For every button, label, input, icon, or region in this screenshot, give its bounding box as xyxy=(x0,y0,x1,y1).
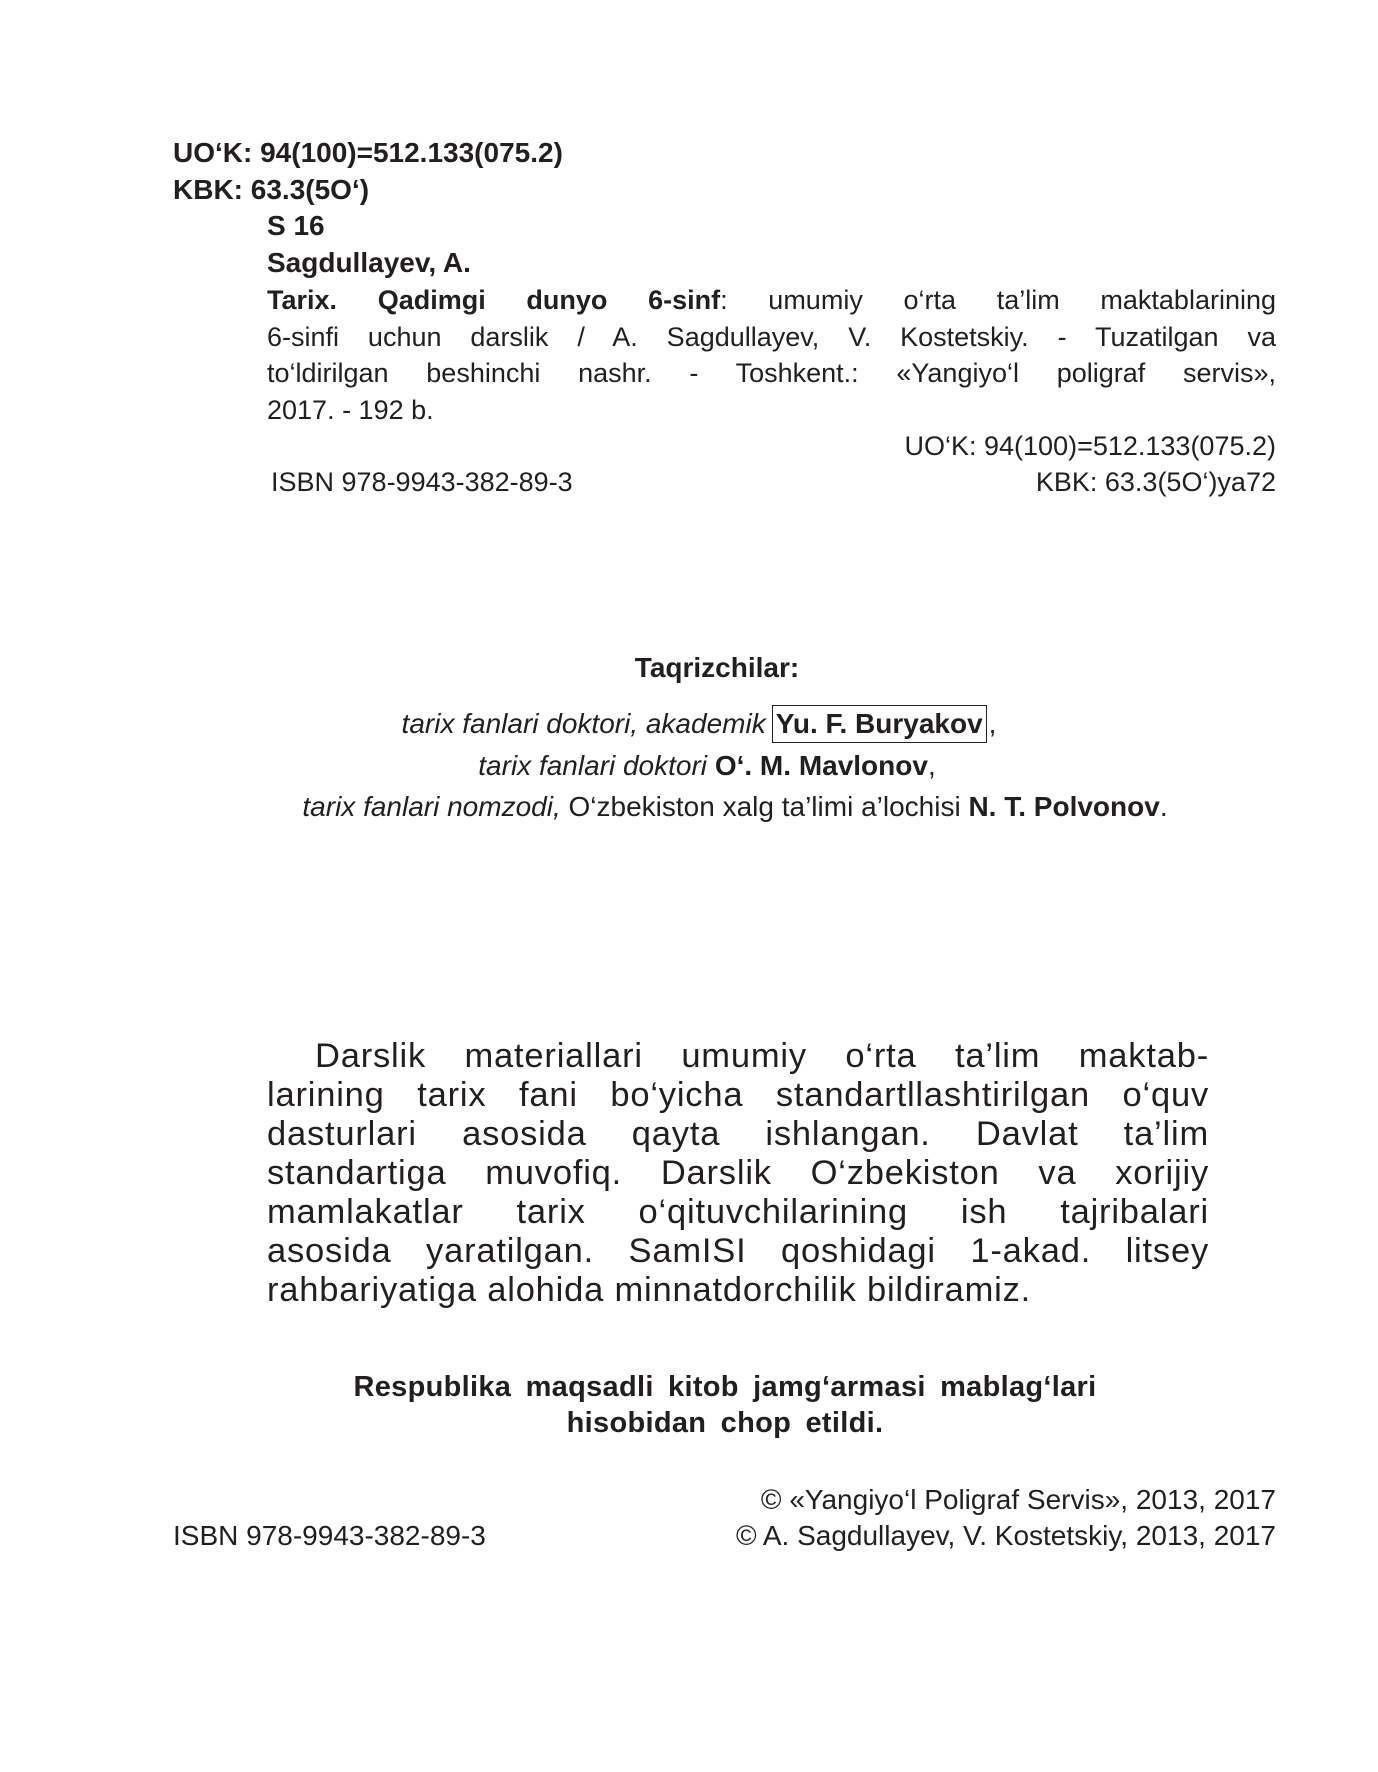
author-heading: Sagdullayev, A. xyxy=(267,245,471,281)
author-mark-code: S 16 xyxy=(267,208,325,244)
biblio-line: 2017. - 192 b. xyxy=(267,392,1276,429)
para-line: larining tarix fani bo‘yicha standartlla… xyxy=(267,1076,1209,1115)
kbk-code-top: KBK: 63.3(5O‘) xyxy=(173,172,369,208)
reviewer-line: tarix fanlari doktori, akademikYu. F. Bu… xyxy=(10,703,1378,745)
para-line: standartiga muvofiq. Darslik O‘zbekiston… xyxy=(267,1154,1209,1193)
copyright-authors: © A. Sagdullayev, V. Kostetskiy, 2013, 2… xyxy=(736,1518,1276,1554)
para-line: rahbariyatiga alohida minnatdorchilik bi… xyxy=(267,1271,1209,1310)
para-line: mamlakatlar tarix o‘qituvchilarining ish… xyxy=(267,1193,1209,1232)
isbn-top: ISBN 978-9943-382-89-3 xyxy=(271,464,573,500)
reviewer-line: tarix fanlari nomzodi, O‘zbekiston xalg … xyxy=(46,786,1378,828)
reviewer-role: tarix fanlari doktori, akademik xyxy=(402,708,766,739)
biblio-line: 6-sinfi uchun darslik / A. Sagdullayev, … xyxy=(267,319,1276,356)
reviewer-line: tarix fanlari doktori O‘. M. Mavlonov, xyxy=(18,745,1378,787)
para-line: dasturlari asosida qayta ishlangan. Davl… xyxy=(267,1115,1209,1154)
reviewers-title: Taqrizchilar: xyxy=(28,650,1378,686)
book-title: Tarix. Qadimgi dunyo 6-sinf xyxy=(267,285,720,315)
reviewer-name: N. T. Polvonov xyxy=(968,791,1159,822)
biblio-line: to‘ldirilgan beshinchi nashr. - Toshkent… xyxy=(267,355,1276,392)
bibliographic-description: Tarix. Qadimgi dunyo 6-sinf: umumiy o‘rt… xyxy=(267,282,1276,428)
kbk-code-right: KBK: 63.3(5O‘)ya72 xyxy=(1036,464,1276,500)
para-line: asosida yaratilgan. SamISI qoshidagi 1-a… xyxy=(267,1232,1209,1271)
funding-note-line: hisobidan chop etildi. xyxy=(300,1405,1150,1441)
reviewer-name-boxed: Yu. F. Buryakov xyxy=(772,705,987,743)
reviewer-role: tarix fanlari nomzodi, xyxy=(302,791,560,822)
reviewer-distinction: O‘zbekiston xalg ta’limi a’lochisi xyxy=(569,791,961,822)
reviewer-role: tarix fanlari doktori xyxy=(478,750,707,781)
para-line: Darslik materiallari umumiy o‘rta ta’lim… xyxy=(267,1037,1209,1076)
copyright-publisher: © «Yangiyo‘l Poligraf Servis», 2013, 201… xyxy=(761,1482,1276,1518)
textbook-description: Darslik materiallari umumiy o‘rta ta’lim… xyxy=(267,1037,1209,1310)
funding-note-line: Respublika maqsadli kitob jamg‘armasi ma… xyxy=(300,1369,1150,1405)
biblio-line: Tarix. Qadimgi dunyo 6-sinf: umumiy o‘rt… xyxy=(267,282,1276,319)
udk-code-right: UO‘K: 94(100)=512.133(075.2) xyxy=(905,428,1277,464)
udk-code-top: UO‘K: 94(100)=512.133(075.2) xyxy=(173,135,563,171)
isbn-bottom: ISBN 978-9943-382-89-3 xyxy=(173,1518,486,1554)
reviewer-name: O‘. M. Mavlonov xyxy=(715,750,928,781)
